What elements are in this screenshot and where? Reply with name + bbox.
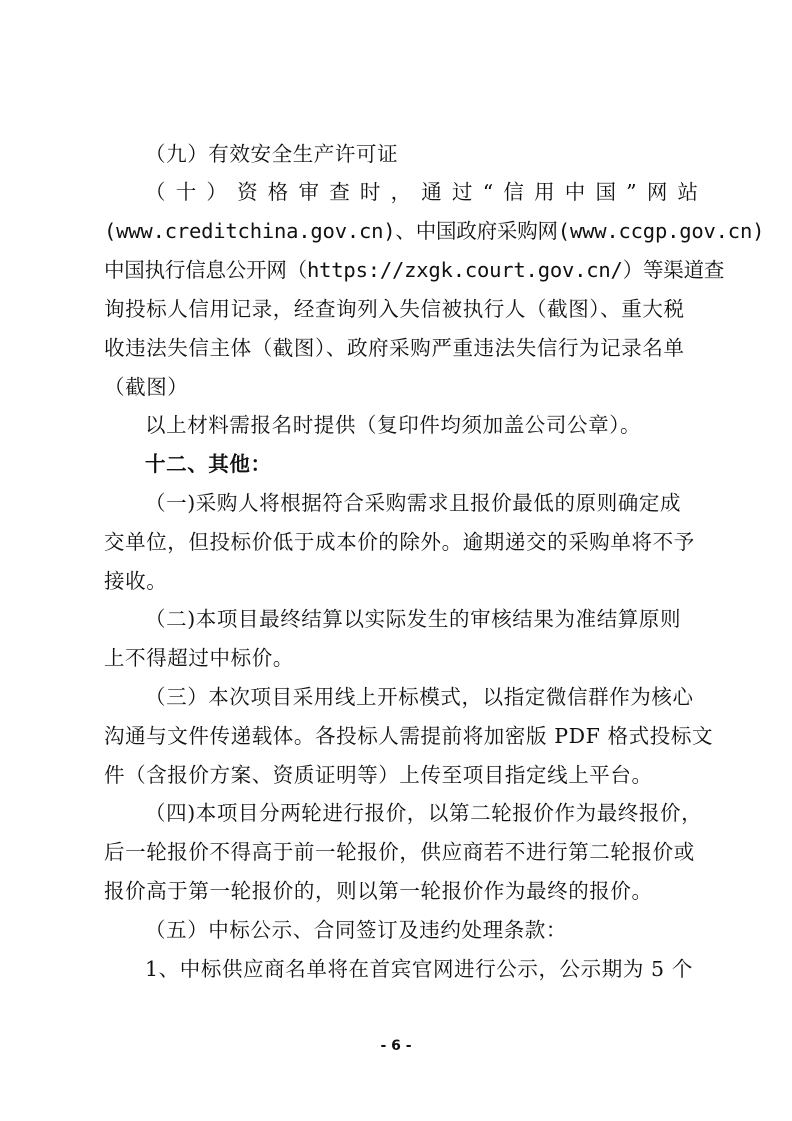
document-page: （九）有效安全生产许可证 （十）资格审查时，通过“信用中国”网站 (www.cr… (0, 0, 792, 1121)
paragraph-item-2: （二)本项目最终结算以实际发生的审核结果为准结算原则 (145, 606, 692, 632)
page-number: - 6 - (0, 1038, 792, 1054)
paragraph-line: 交单位，但投标价低于成本价的除外。逾期递交的采购单将不予 (104, 529, 692, 555)
section-heading: 十二、其他： (145, 451, 692, 477)
paragraph-line: 件（含报价方案、资质证明等）上传至项目指定线上平台。 (104, 762, 692, 788)
paragraph-line: 沟通与文件传递载体。各投标人需提前将加密版 PDF 格式投标文 (104, 723, 692, 749)
paragraph-item-9: （九）有效安全生产许可证 (145, 141, 692, 167)
paragraph-item-10: （十）资格审查时，通过“信用中国”网站 (145, 179, 692, 205)
paragraph-line: 中国执行信息公开网（https://zxgk.court.gov.cn/）等渠道… (104, 257, 692, 283)
paragraph-line: 接收。 (104, 568, 692, 594)
paragraph-line: 后一轮报价不得高于前一轮报价，供应商若不进行第二轮报价或 (104, 839, 692, 865)
paragraph-line: （截图） (104, 374, 692, 400)
paragraph-item-4: （四)本项目分两轮进行报价，以第二轮报价作为最终报价， (145, 800, 692, 826)
paragraph-note: 以上材料需报名时提供（复印件均须加盖公司公章）。 (145, 412, 692, 438)
paragraph-line: (www.creditchina.gov.cn)、中国政府采购网(www.ccg… (104, 218, 692, 244)
paragraph-line: 收违法失信主体（截图）、政府采购严重违法失信行为记录名单 (104, 335, 692, 361)
paragraph-subitem-1: 1、中标供应商名单将在首宾官网进行公示，公示期为 5 个 (145, 956, 692, 982)
paragraph-line: 上不得超过中标价。 (104, 645, 692, 671)
paragraph-line: 报价高于第一轮报价的，则以第一轮报价作为最终的报价。 (104, 878, 692, 904)
paragraph-item-1: （一)采购人将根据符合采购需求且报价最低的原则确定成 (145, 490, 692, 516)
paragraph-item-3: （三）本次项目采用线上开标模式，以指定微信群作为核心 (145, 684, 692, 710)
paragraph-line: 询投标人信用记录，经查询列入失信被执行人（截图）、重大税 (104, 296, 692, 322)
paragraph-item-5: （五）中标公示、合同签订及违约处理条款： (145, 917, 692, 943)
